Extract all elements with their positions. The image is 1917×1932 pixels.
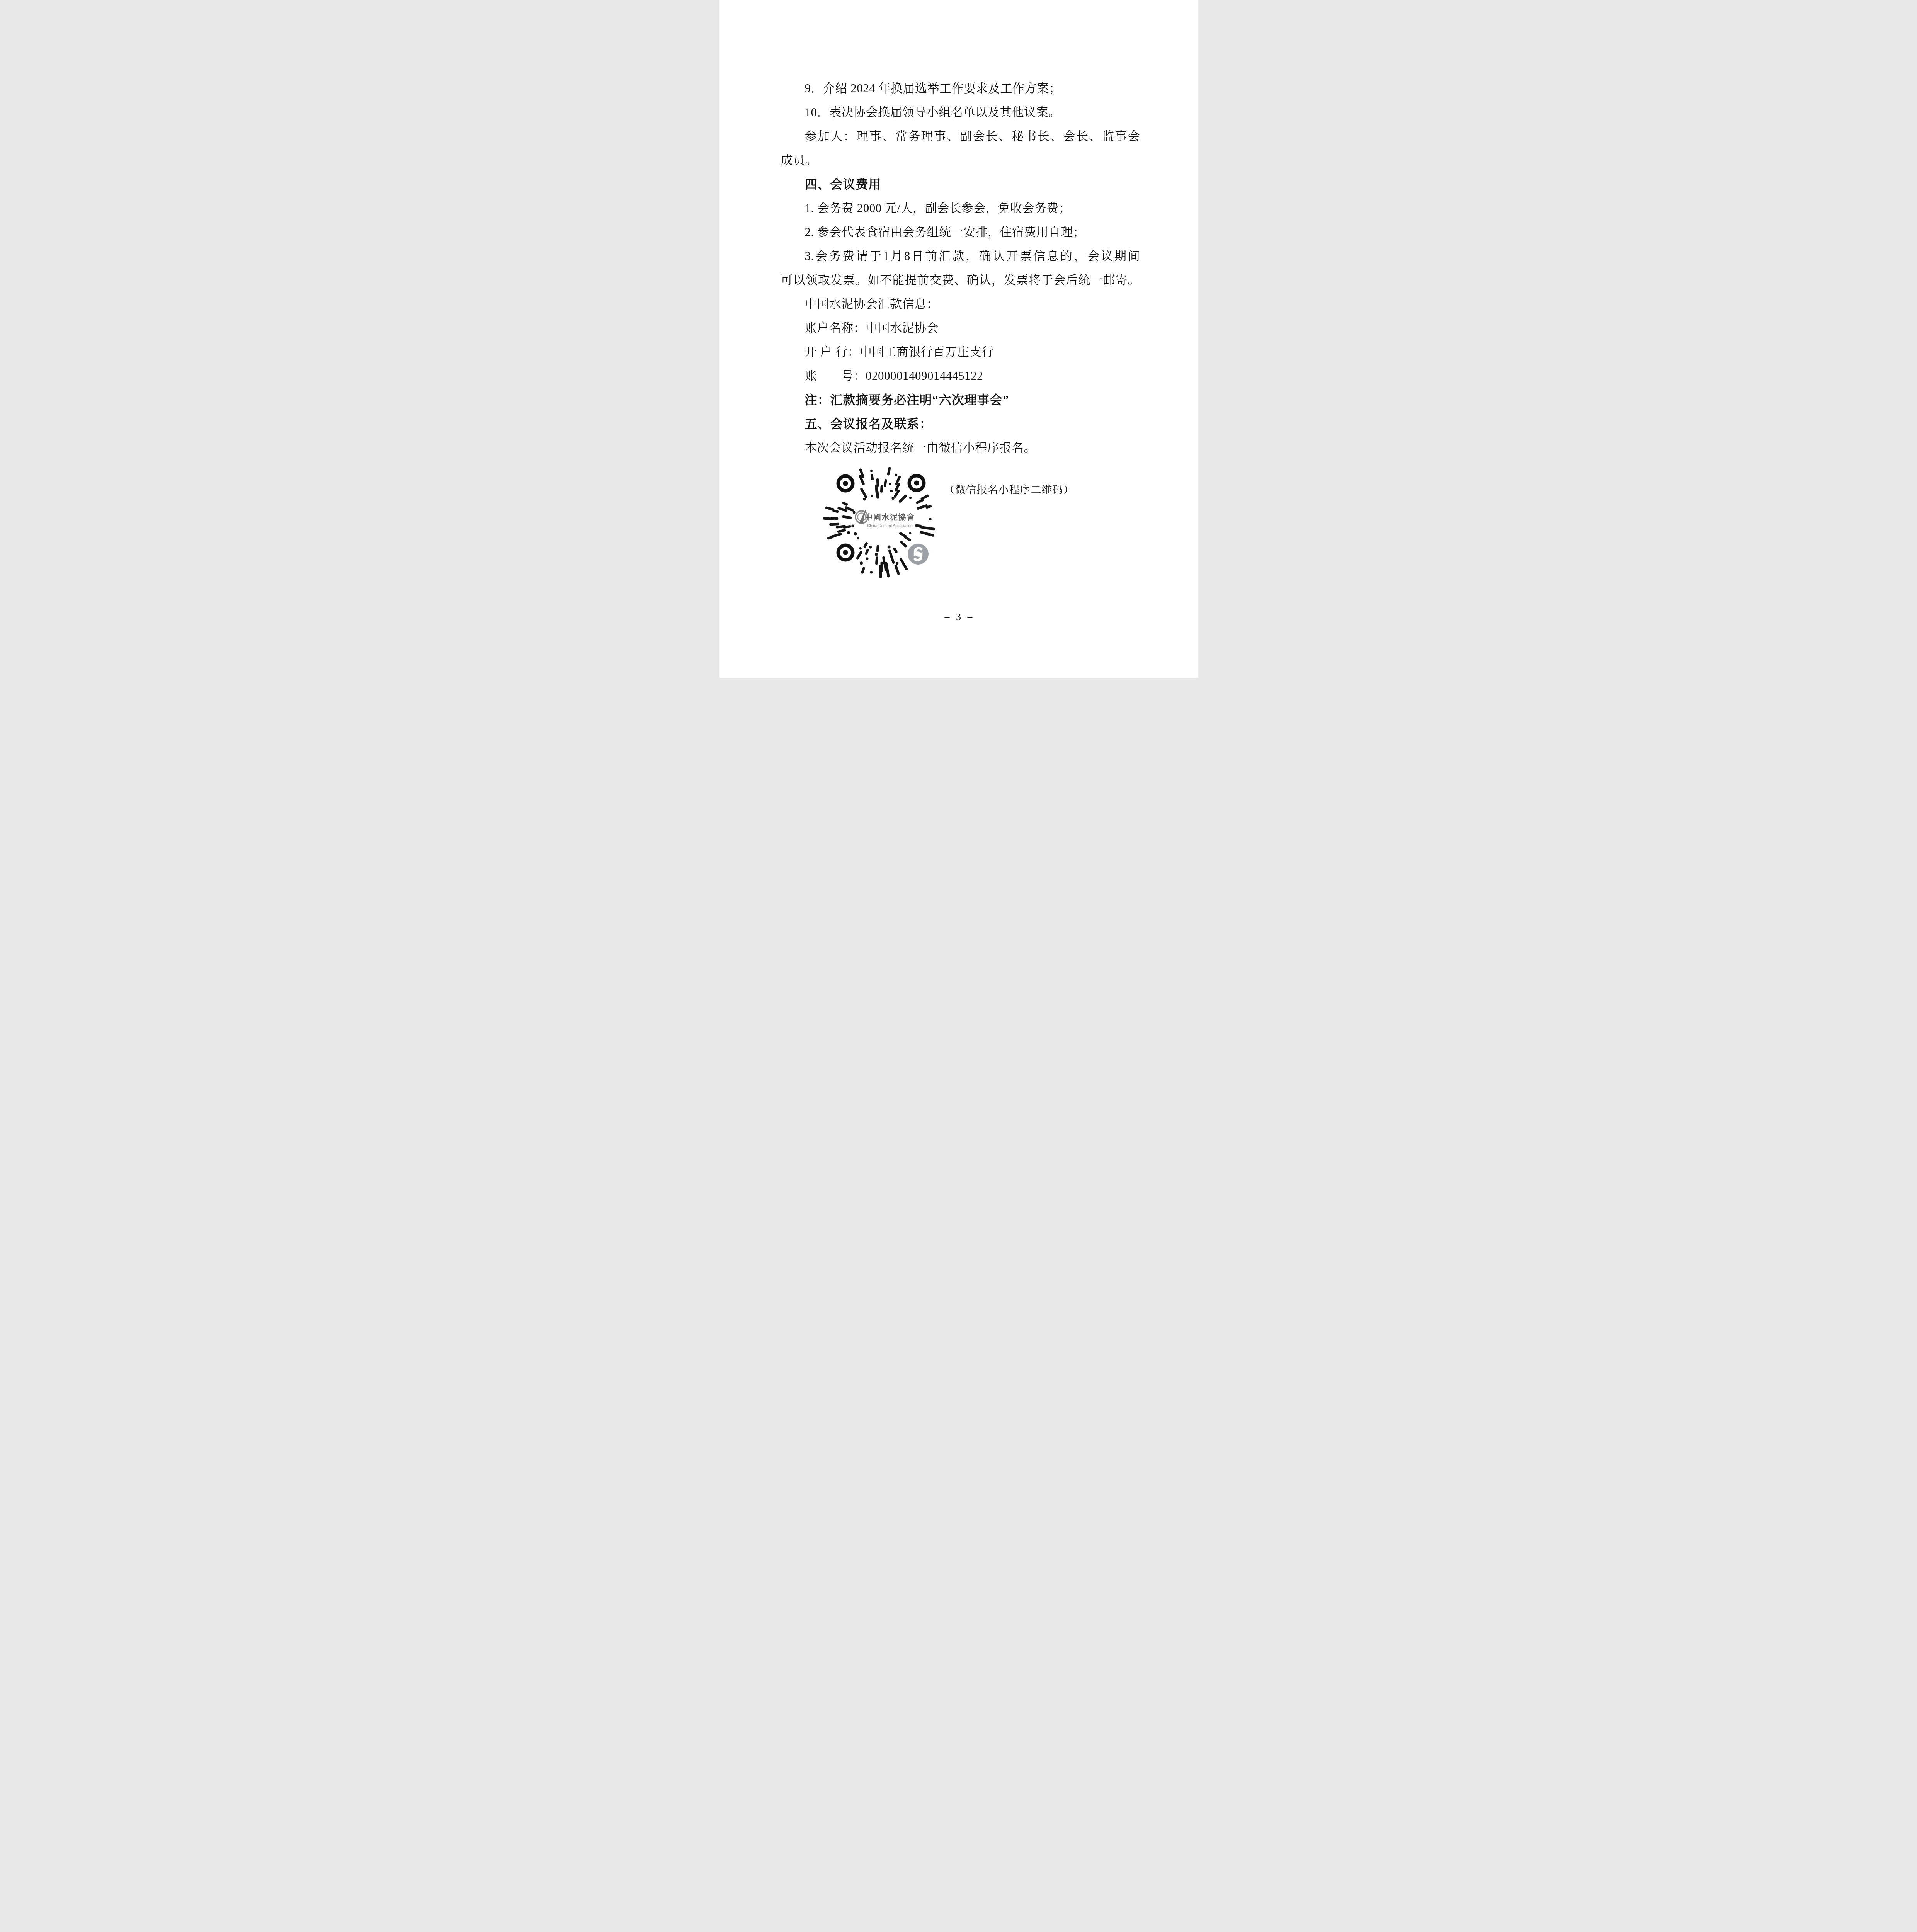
- char: 会: [1053, 268, 1066, 292]
- char: 监: [1102, 124, 1114, 148]
- char: ：: [844, 124, 856, 148]
- char: 、: [947, 124, 959, 148]
- qr-dot: [895, 474, 897, 476]
- char: ，: [1074, 244, 1086, 268]
- char: 邮: [1103, 268, 1116, 292]
- char: 汇: [939, 244, 951, 268]
- agenda-item-10: 10．表决协会换届领导小组名单以及其他议案。: [781, 100, 1140, 124]
- wechat-miniprogram-qr-code: 中國水泥協會 China Cement Association: [823, 466, 936, 578]
- char: 于: [1041, 268, 1053, 292]
- attendees-line-1: 参加人：理事、常务理事、副会长、秘书长、会长、监事会: [781, 124, 1140, 148]
- char: 开: [1006, 244, 1019, 268]
- qr-dot: [859, 547, 862, 550]
- char: 期: [1114, 244, 1127, 268]
- qr-dot: [874, 553, 878, 556]
- char: 理: [921, 124, 934, 148]
- qr-dash: [837, 526, 845, 527]
- qr-dash: [927, 528, 934, 529]
- char: 票: [1020, 244, 1032, 268]
- char: 以: [793, 268, 806, 292]
- char: 月: [891, 244, 903, 268]
- char: 、: [1050, 124, 1063, 148]
- qr-dash: [881, 486, 882, 492]
- char: ，: [992, 268, 1004, 292]
- agenda-item-9: 9．介绍 2024 年换届选举工作要求及工作方案；: [781, 77, 1140, 100]
- char: 会: [1063, 124, 1076, 148]
- char: 交: [929, 268, 942, 292]
- qr-caption: （微信报名小程序二维码）: [944, 483, 1074, 497]
- char: 前: [925, 244, 937, 268]
- char: 加: [818, 124, 830, 148]
- qr-dot: [870, 470, 873, 472]
- char: 、: [1089, 124, 1101, 148]
- qr-dot: [869, 546, 871, 548]
- qr-dash: [826, 508, 833, 510]
- qr-dash: [833, 511, 837, 512]
- char: 领: [806, 268, 818, 292]
- char: 务: [908, 124, 920, 148]
- qr-dash: [878, 480, 878, 486]
- remittance-info-title: 中国水泥协会汇款信息：: [781, 292, 1140, 316]
- char: 长: [1076, 124, 1089, 148]
- qr-dot: [891, 497, 894, 500]
- char: 副: [960, 124, 972, 148]
- char: 费: [942, 268, 954, 292]
- char: 票: [1016, 268, 1029, 292]
- char: 、: [882, 124, 895, 148]
- registration-line: 本次会议活动报名统一由微信小程序报名。: [781, 436, 1140, 460]
- wechat-miniprogram-s-icon: [908, 544, 929, 565]
- char: 常: [895, 124, 908, 148]
- qr-dash: [830, 524, 838, 524]
- qr-dot: [890, 490, 893, 493]
- qr-dash: [927, 506, 930, 507]
- char: 务: [829, 244, 841, 268]
- char: 会: [815, 244, 828, 268]
- char: 间: [1128, 244, 1140, 268]
- char: 认: [993, 244, 1005, 268]
- char: 的: [1060, 244, 1073, 268]
- char: 票: [843, 268, 855, 292]
- qr-dash: [843, 517, 850, 518]
- remittance-note: 注：汇款摘要务必注明“六次理事会”: [781, 388, 1140, 412]
- bank-branch-line: 开 户 行：中国工商银行百万庄支行: [781, 340, 1140, 364]
- qr-dot: [853, 511, 856, 514]
- char: 1: [883, 244, 889, 268]
- char: 发: [830, 268, 843, 292]
- qr-dash: [839, 530, 845, 532]
- qr-dot: [909, 497, 912, 499]
- qr-dash: [878, 546, 878, 551]
- qr-dot: [854, 532, 857, 536]
- char: 参: [805, 124, 817, 148]
- cca-logo-chinese-text: 中國水泥協會: [865, 513, 915, 522]
- qr-dot: [870, 571, 872, 573]
- qr-dot: [851, 525, 854, 527]
- heading-meeting-fee: 四、会议费用: [781, 172, 1140, 196]
- qr-dash: [872, 475, 873, 479]
- char: 、: [954, 268, 967, 292]
- qr-dot: [856, 537, 859, 539]
- heading-registration: 五、会议报名及联系：: [781, 412, 1140, 436]
- qr-dot: [887, 546, 890, 549]
- char: 款: [952, 244, 964, 268]
- char: ，: [966, 244, 978, 268]
- document-page: 9．介绍 2024 年换届选举工作要求及工作方案； 10．表决协会换届领导小组名…: [719, 0, 1198, 678]
- char: 发: [1004, 268, 1016, 292]
- char: 不: [880, 268, 892, 292]
- fee-item-1: 1. 会务费 2000 元/人，副会长参会，免收会务费；: [781, 196, 1140, 220]
- char: 取: [818, 268, 830, 292]
- qr-dot: [929, 518, 932, 520]
- char: 事: [869, 124, 882, 148]
- qr-code-graphic: 中國水泥協會 China Cement Association: [823, 466, 936, 578]
- char: 能: [892, 268, 905, 292]
- char: 、: [998, 124, 1011, 148]
- char: 会: [1128, 124, 1140, 148]
- qr-dot: [895, 562, 898, 565]
- char: 事: [1115, 124, 1127, 148]
- qr-dash: [866, 550, 867, 554]
- qr-dash: [865, 543, 867, 546]
- attendees-line-2: 成员。: [781, 148, 1140, 172]
- qr-dash: [885, 480, 886, 486]
- char: 认: [979, 268, 992, 292]
- char: 。: [1128, 268, 1140, 292]
- qr-dash: [828, 537, 833, 538]
- char: 长: [1038, 124, 1050, 148]
- char: 日: [912, 244, 924, 268]
- char: 会: [1087, 244, 1100, 268]
- qr-dash: [876, 558, 877, 563]
- char: 费: [842, 244, 855, 268]
- char: 人: [830, 124, 843, 148]
- char: 长: [986, 124, 998, 148]
- char: 如: [867, 268, 880, 292]
- qr-dot: [847, 531, 850, 534]
- char: 息: [1047, 244, 1059, 268]
- char: 事: [934, 124, 946, 148]
- char: 8: [904, 244, 910, 268]
- char: 会: [973, 124, 985, 148]
- char: 3.: [805, 244, 814, 268]
- qr-dash: [843, 503, 847, 505]
- char: 一: [1090, 268, 1103, 292]
- account-number-line: 账 号：0200001409014445122: [781, 364, 1140, 388]
- qr-dot: [909, 532, 911, 534]
- qr-dot: [866, 557, 868, 560]
- char: 确: [967, 268, 979, 292]
- char: 议: [1101, 244, 1113, 268]
- qr-dot: [871, 495, 873, 497]
- account-name-line: 账户名称：中国水泥协会: [781, 316, 1140, 340]
- fee-item-3-line-1: 3.会务费请于1月8日前汇款，确认开票信息的，会议期间: [781, 244, 1140, 268]
- char: 前: [917, 268, 929, 292]
- qr-dash: [888, 468, 890, 474]
- qr-dash: [880, 566, 881, 577]
- document-body: 9．介绍 2024 年换届选举工作要求及工作方案； 10．表决协会换届领导小组名…: [781, 77, 1140, 460]
- char: 秘: [1012, 124, 1024, 148]
- qr-dash: [916, 526, 920, 526]
- qr-dash: [894, 549, 896, 552]
- qr-dash: [876, 486, 877, 492]
- char: 统: [1078, 268, 1090, 292]
- qr-dash: [824, 519, 833, 519]
- char: 后: [1066, 268, 1078, 292]
- char: 于: [869, 244, 882, 268]
- char: 。: [855, 268, 867, 292]
- page-number: – 3 –: [719, 611, 1198, 623]
- qr-dot: [860, 561, 863, 565]
- char: 寄: [1116, 268, 1128, 292]
- char: 理: [856, 124, 869, 148]
- char: 将: [1029, 268, 1041, 292]
- fee-item-3-line-2: 可以领取发票。如不能提前交费、确认，发票将于会后统一邮寄。: [781, 268, 1140, 292]
- char: 可: [781, 268, 793, 292]
- cca-logo-english-text: China Cement Association: [867, 524, 912, 528]
- qr-dash: [862, 568, 864, 573]
- qr-dot: [863, 498, 866, 500]
- char: 信: [1033, 244, 1046, 268]
- char: 提: [905, 268, 917, 292]
- char: 书: [1024, 124, 1037, 148]
- qr-dot: [888, 483, 891, 485]
- fee-item-2: 2. 参会代表食宿由会务组统一安排，住宿费用自理；: [781, 220, 1140, 244]
- char: 确: [979, 244, 992, 268]
- char: 请: [856, 244, 868, 268]
